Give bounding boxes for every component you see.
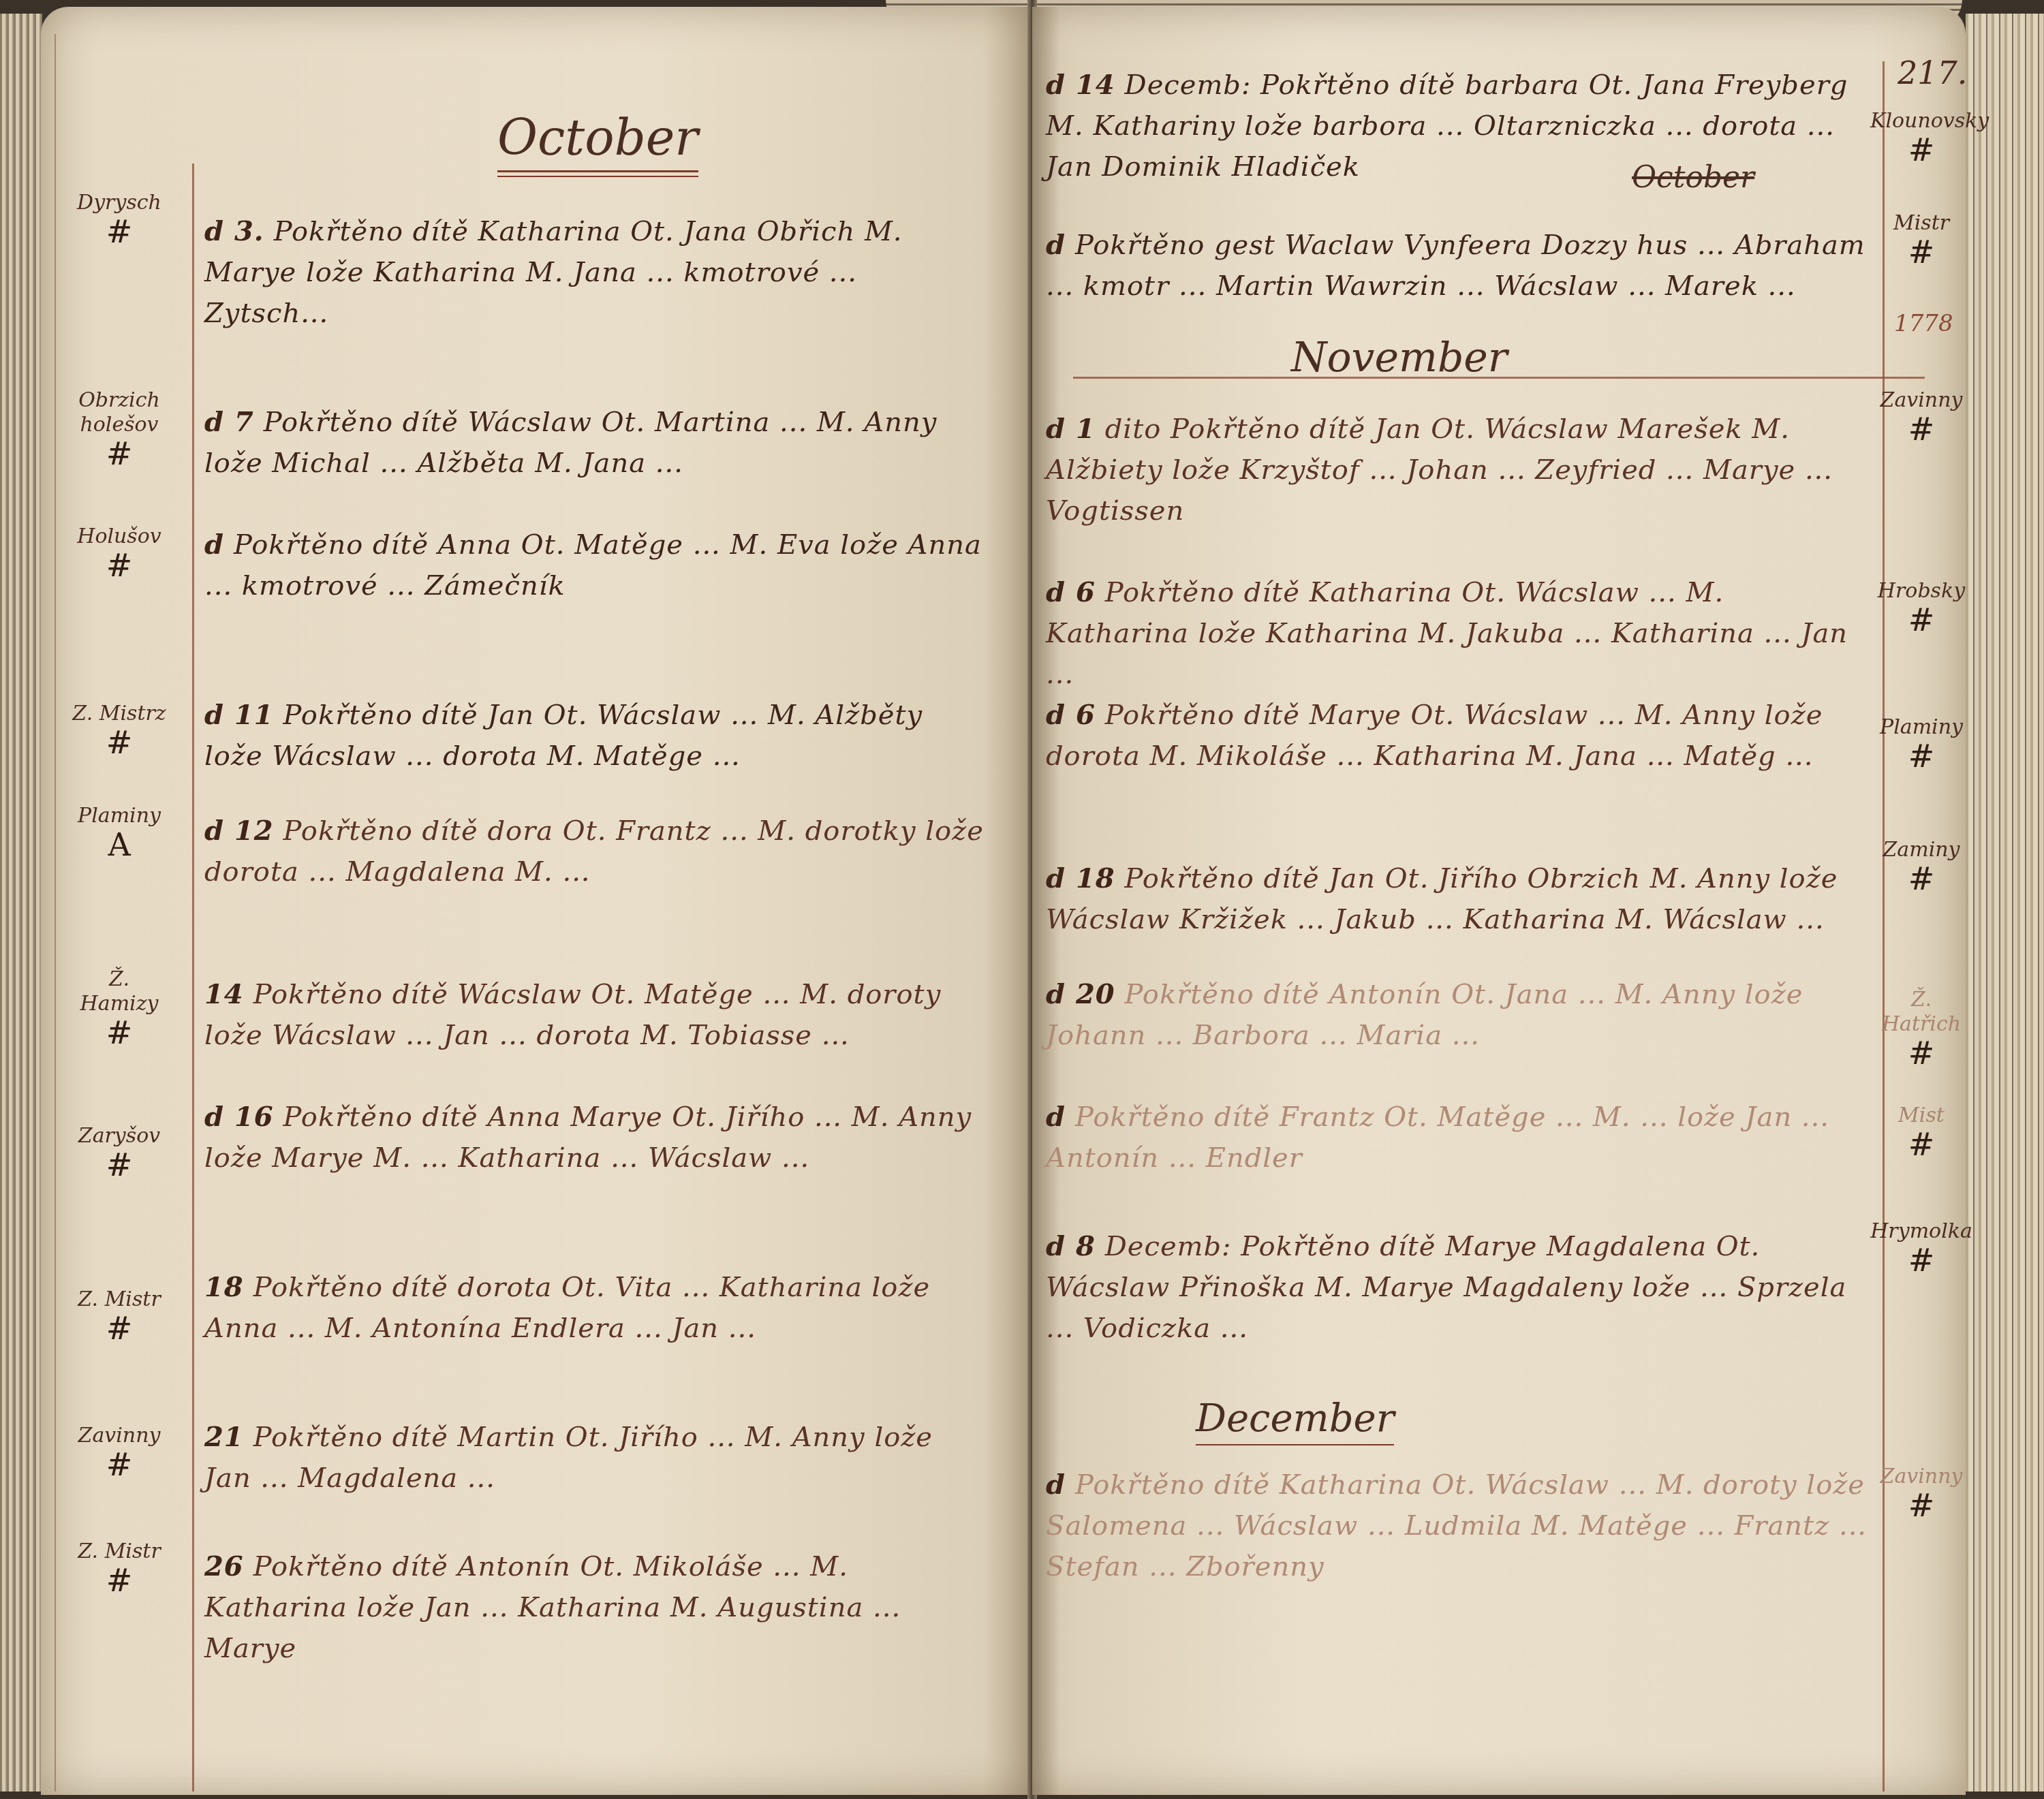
entry-day: 14 [204, 978, 244, 1010]
margin-note: Zaryšov# [68, 1124, 170, 1181]
entry-day: d [204, 529, 224, 561]
margin-note: Z. Mistr# [68, 1539, 170, 1597]
margin-note-text: Hrymolka [1870, 1219, 1972, 1243]
entry-text: dito Pokřtěno dítě Jan Ot. Wácslaw Mareš… [1046, 413, 1833, 527]
cross-mark-icon: # [1870, 413, 1972, 445]
margin-note-text: Hrobsky [1878, 579, 1965, 603]
margin-note: Dyrysch# [68, 191, 170, 248]
heading-text: December [1196, 1396, 1394, 1441]
entry-text: Pokřtěno dítě Wácslaw Ot. Matěge ... M. … [204, 979, 941, 1051]
register-entry: d 6Pokřtěno dítě Katharina Ot. Wácslaw .… [1046, 572, 1870, 695]
margin-note-text: Ž. Hatřich [1882, 988, 1961, 1036]
heading-text: October [1632, 160, 1754, 195]
entry-day: d 12 [204, 815, 274, 847]
register-entry: 26Pokřtěno dítě Antonín Ot. Mikoláše ...… [204, 1546, 988, 1669]
margin-note: Mistr# [1870, 211, 1972, 268]
page-edges-left [0, 14, 42, 1792]
struck-heading-october: October [1632, 160, 1754, 195]
entry-day: d 11 [204, 699, 274, 731]
cross-mark-icon: # [68, 1016, 170, 1049]
left-outer-rule [55, 34, 56, 1792]
cross-mark-icon: # [68, 1312, 170, 1345]
margin-note-text: Zaryšov [78, 1124, 160, 1148]
register-entry: dPokřtěno gest Waclaw Vynfeera Dozzy hus… [1046, 225, 1870, 307]
entry-text: Decemb: Pokřtěno dítě Marye Magdalena Ot… [1046, 1231, 1846, 1344]
cross-mark-icon: # [68, 726, 170, 759]
margin-note-text: Mistr [1893, 211, 1949, 235]
cross-mark-icon: # [68, 437, 170, 470]
margin-note: Zaminy# [1870, 838, 1972, 895]
margin-note-text: Holušov [77, 525, 161, 548]
open-register-book: October Dyrysch# Obrzich holešov# Holušo… [0, 0, 2044, 1799]
cross-mark-icon: # [1870, 1244, 1972, 1277]
cross-mark-icon: # [68, 215, 170, 248]
register-entry: 18Pokřtěno dítě dorota Ot. Vita ... Kath… [204, 1267, 988, 1349]
left-margin-rule [192, 163, 194, 1792]
entry-day: d 8 [1046, 1230, 1096, 1262]
register-entry-faded: d 20Pokřtěno dítě Antonín Ot. Jana ... M… [1046, 974, 1870, 1056]
entry-day: d 6 [1046, 699, 1096, 731]
entry-day: d 18 [1046, 862, 1115, 894]
cross-mark-icon: # [1870, 1037, 1972, 1069]
margin-note: Mist# [1870, 1104, 1972, 1161]
margin-note: Z. Mistr# [68, 1287, 170, 1345]
entry-day: d [1046, 1469, 1066, 1501]
entry-text: Pokřtěno dítě Antonín Ot. Jana ... M. An… [1046, 979, 1803, 1051]
entry-text: Pokřtěno dítě Katharina Ot. Wácslaw ... … [1046, 1469, 1867, 1582]
entry-text: Pokřtěno dítě dorota Ot. Vita ... Kathar… [204, 1272, 930, 1344]
register-entry: d 7Pokřtěno dítě Wácslaw Ot. Martina ...… [204, 402, 988, 484]
margin-note-text: Zavinny [1880, 388, 1963, 412]
entry-text: Pokřtěno dítě Katharina Ot. Jana Obřich … [204, 216, 903, 329]
margin-note: Z. Mistrz# [68, 702, 170, 759]
entry-text: Pokřtěno dítě Anna Marye Ot. Jiřího ... … [204, 1101, 972, 1174]
margin-note-text: Zavinny [1880, 1465, 1963, 1488]
cross-mark-icon: # [1870, 862, 1972, 895]
entry-day: d 7 [204, 406, 254, 438]
margin-note: Holušov# [68, 525, 170, 582]
margin-note: Zavinny# [1870, 1465, 1972, 1522]
register-entry: d 8Decemb: Pokřtěno dítě Marye Magdalena… [1046, 1226, 1870, 1349]
margin-note-text: Klounovsky [1870, 109, 1989, 133]
entry-day: d 6 [1046, 576, 1096, 608]
margin-note-text: Plaminy [78, 804, 161, 828]
entry-day: d 3. [204, 215, 264, 247]
margin-note: Ž. Hatřich# [1870, 988, 1972, 1069]
heading-text: November [1291, 334, 1508, 381]
register-entry: d 3.Pokřtěno dítě Katharina Ot. Jana Obř… [204, 211, 988, 334]
heading-text: October [497, 109, 698, 166]
register-entry: d 16Pokřtěno dítě Anna Marye Ot. Jiřího … [204, 1097, 988, 1178]
margin-note-text: Z. Mistr [78, 1539, 161, 1563]
entry-text: Pokřtěno gest Waclaw Vynfeera Dozzy hus … [1046, 230, 1865, 302]
page-edges-right [1966, 14, 2044, 1792]
cross-mark-icon: # [1870, 740, 1972, 772]
register-entry: 14Pokřtěno dítě Wácslaw Ot. Matěge ... M… [204, 974, 988, 1056]
register-entry: d 1dito Pokřtěno dítě Jan Ot. Wácslaw Ma… [1046, 409, 1870, 531]
heading-underline [497, 176, 698, 177]
entry-text: Pokřtěno dítě dora Ot. Frantz ... M. dor… [204, 815, 984, 888]
register-entry: d 12Pokřtěno dítě dora Ot. Frantz ... M.… [204, 811, 988, 892]
cross-mark-icon: # [1870, 1489, 1972, 1522]
margin-note: Zavinny# [68, 1424, 170, 1481]
cross-mark-icon: # [1870, 604, 1972, 636]
margin-note-text: Z. Mistr [78, 1287, 161, 1311]
entry-text: Pokřtěno dítě Jan Ot. Jiřího Obrzich M. … [1046, 863, 1838, 935]
margin-note-text: Obrzich holešov [78, 388, 160, 437]
entry-text: Pokřtěno dítě Martin Ot. Jiřího ... M. A… [204, 1422, 933, 1494]
entry-day: d [1046, 229, 1066, 261]
heading-underline [497, 170, 698, 172]
register-entry-faded: dPokřtěno dítě Frantz Ot. Matěge ... M. … [1046, 1097, 1870, 1178]
margin-note-text: Ž. Hamizy [80, 967, 159, 1016]
entry-text: Pokřtěno dítě Katharina Ot. Wácslaw ... … [1046, 577, 1848, 690]
margin-note: Plaminy# [1870, 715, 1972, 772]
margin-note: Ž. Hamizy# [68, 967, 170, 1049]
right-page: 217. 1778 d 14Decemb: Pokřtěno dítě barb… [1032, 7, 1966, 1795]
register-entry: d 11Pokřtěno dítě Jan Ot. Wácslaw ... M.… [204, 695, 988, 777]
entry-text: Pokřtěno dítě Anna Ot. Matěge ... M. Eva… [204, 529, 982, 601]
entry-day: d 20 [1046, 978, 1115, 1010]
entry-text: Pokřtěno dítě Wácslaw Ot. Martina ... M.… [204, 407, 937, 479]
right-margin-rule [1883, 61, 1885, 1792]
margin-note: PlaminyA [68, 804, 170, 861]
left-page: October Dyrysch# Obrzich holešov# Holušo… [41, 7, 1032, 1795]
cross-mark-icon: # [1870, 1128, 1972, 1161]
margin-note-text: Plaminy [1880, 715, 1963, 739]
entry-text: Pokřtěno dítě Frantz Ot. Matěge ... M. .… [1046, 1101, 1829, 1174]
year-note: 1778 [1894, 310, 1953, 337]
cross-mark-icon: # [68, 1148, 170, 1181]
register-entry: d 18Pokřtěno dítě Jan Ot. Jiřího Obrzich… [1046, 858, 1870, 940]
margin-note: Hrymolka# [1870, 1219, 1972, 1277]
month-heading-october: October [497, 109, 698, 177]
cross-mark-icon: A [68, 828, 170, 861]
margin-note: Hrobsky# [1870, 579, 1972, 636]
margin-note-text: Z. Mistrz [72, 702, 166, 725]
entry-day: d [1046, 1101, 1066, 1133]
margin-note-text: Mist [1898, 1104, 1945, 1127]
cross-mark-icon: # [1870, 236, 1972, 268]
cross-mark-icon: # [1870, 134, 1972, 166]
entry-day: d 14 [1046, 69, 1115, 101]
entry-day: d 1 [1046, 413, 1096, 445]
register-entry: d 6Pokřtěno dítě Marye Ot. Wácslaw ... M… [1046, 695, 1870, 777]
page-number: 217. [1898, 54, 1967, 91]
heading-underline [1196, 1444, 1394, 1445]
entry-day: d 16 [204, 1101, 274, 1133]
entry-text: Pokřtěno dítě Marye Ot. Wácslaw ... M. A… [1046, 700, 1823, 772]
margin-note: Obrzich holešov# [68, 388, 170, 470]
entry-text: Pokřtěno dítě Antonín Ot. Mikoláše ... M… [204, 1551, 901, 1664]
margin-note: Klounovsky# [1870, 109, 1972, 166]
entry-day: 18 [204, 1271, 244, 1303]
register-entry-faded: dPokřtěno dítě Katharina Ot. Wácslaw ...… [1046, 1465, 1870, 1587]
margin-note: Zavinny# [1870, 388, 1972, 445]
margin-note-text: Zavinny [78, 1424, 161, 1448]
entry-day: 26 [204, 1550, 244, 1582]
entry-day: 21 [204, 1421, 244, 1453]
cross-mark-icon: # [68, 1564, 170, 1597]
month-heading-november: November [1291, 334, 1508, 381]
month-heading-december: December [1196, 1396, 1394, 1445]
cross-mark-icon: # [68, 1448, 170, 1481]
register-entry: dPokřtěno dítě Anna Ot. Matěge ... M. Ev… [204, 525, 988, 606]
cross-mark-icon: # [68, 549, 170, 582]
register-entry: 21Pokřtěno dítě Martin Ot. Jiřího ... M.… [204, 1417, 988, 1499]
entry-text: Pokřtěno dítě Jan Ot. Wácslaw ... M. Alž… [204, 700, 923, 772]
margin-note-text: Zaminy [1883, 838, 1960, 862]
margin-note-text: Dyrysch [77, 191, 161, 215]
